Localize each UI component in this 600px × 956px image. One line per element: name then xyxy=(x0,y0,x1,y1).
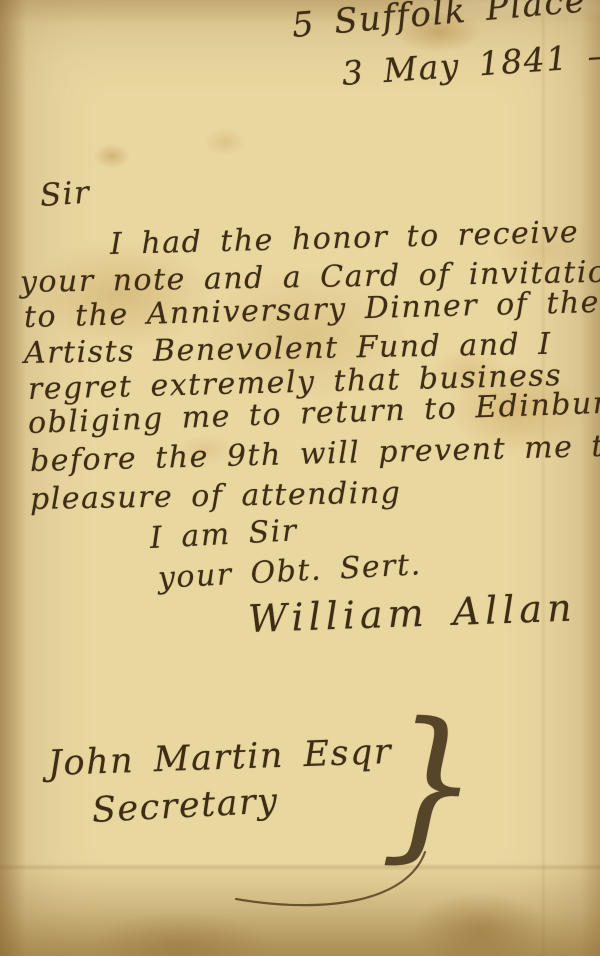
curly-brace-flourish: } xyxy=(379,700,481,868)
salutation: Sir xyxy=(39,175,92,214)
letter-page: 5 Suffolk Place 3 May 1841 — Sir I had t… xyxy=(0,0,600,956)
body-line: pleasure of attending xyxy=(30,476,402,517)
